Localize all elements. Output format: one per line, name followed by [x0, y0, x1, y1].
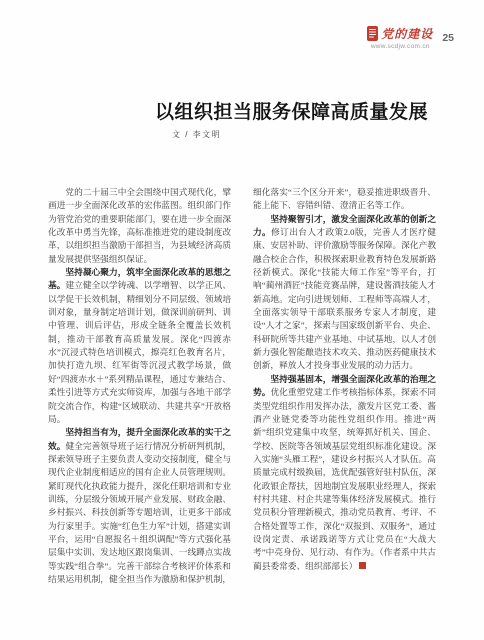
paragraph-text: 优化重塑党建工作考核指标体系，探索不同类型党组织作用发挥办法，激发片区党工委、酱… [253, 387, 436, 570]
article-end-mark-icon [359, 562, 366, 569]
magazine-logo: 党的建设 www.scdjw.com.cn [367, 25, 433, 50]
page-number: 25 [442, 32, 454, 44]
article-paragraph: 坚持凝心聚力，筑牢全面深化改革的思想之基。建立健全以学铸魂、以学增智、以学正风、… [48, 266, 231, 426]
paragraph-text: 修订出台人才政策2.0版，完善人才医疗健康、安居补助、评价激励等服务保障。深化产… [253, 227, 436, 370]
paragraph-text: 建立健全以学铸魂、以学增智、以学正风、以学促干长效机制，精细划分不同层级、领域培… [48, 280, 231, 423]
article-paragraph: 坚持强基固本，增强全面深化改革的治理之势。优化重塑党建工作考核指标体系，探索不同… [253, 373, 436, 573]
article-paragraph: 党的二十届三中全会围绕中国式现代化，擘画进一步全面深化改革的宏伟蓝图。组织部门作… [48, 186, 231, 266]
article-body: 党的二十届三中全会围绕中国式现代化，擘画进一步全面深化改革的宏伟蓝图。组织部门作… [48, 186, 436, 600]
page-header: 党的建设 www.scdjw.com.cn 25 [367, 25, 454, 50]
article-paragraph: 坚持聚智引才，激发全面深化改革的创新之力。修订出台人才政策2.0版，完善人才医疗… [253, 213, 436, 373]
magazine-logo-text: 党的建设 [381, 25, 433, 42]
magazine-website-url: www.scdjw.com.cn [367, 43, 433, 50]
magazine-seal-icon [367, 26, 378, 41]
magazine-page: 党的建设 www.scdjw.com.cn 25 以组织担当服务保障高质量发展 … [0, 0, 484, 640]
magazine-logo-row: 党的建设 [367, 25, 433, 42]
paragraph-text: 党的二十届三中全会围绕中国式现代化，擘画进一步全面深化改革的宏伟蓝图。组织部门作… [48, 187, 231, 264]
article-title: 以组织担当服务保障高质量发展 [155, 97, 428, 124]
article-byline: 文 / 李文明 [172, 129, 221, 140]
